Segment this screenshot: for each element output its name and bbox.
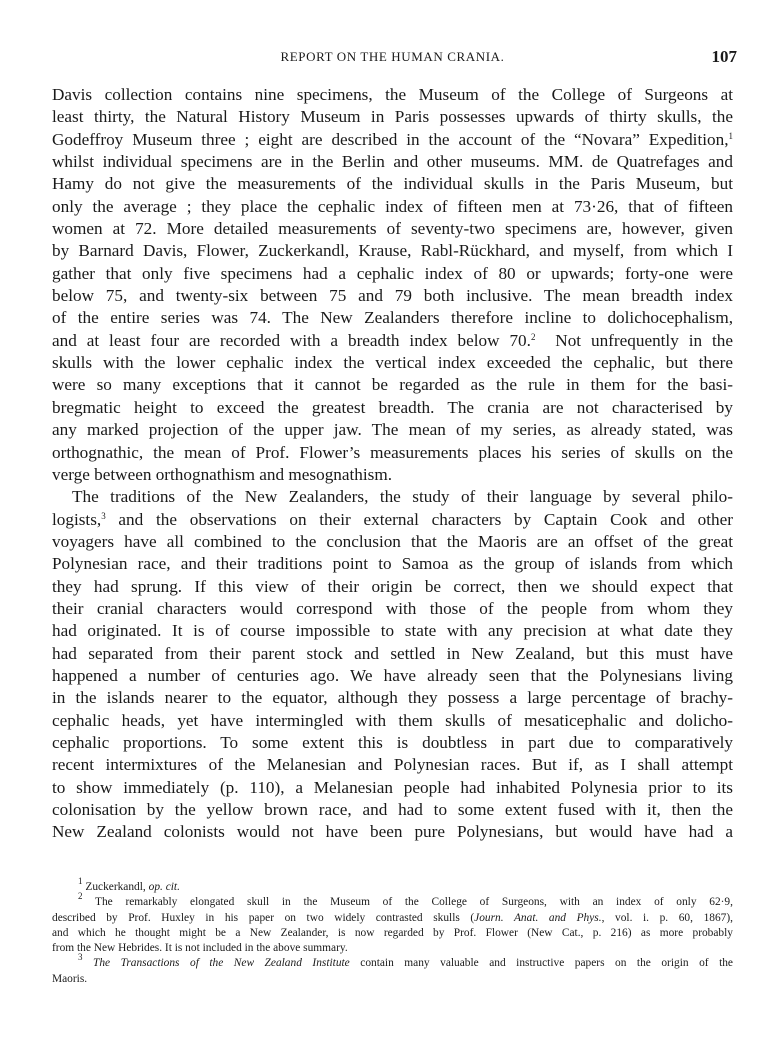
footnote-2-line: and which he thought might be a New Zeal… [52,926,733,941]
footnote-2: 2 The remarkably elongated skull in the … [52,895,733,910]
text-line: least thirty, the Natural History Museum… [52,106,733,128]
text-line: cephalic heads, yet have intermingled wi… [52,710,733,732]
text-line: any marked projection of the upper jaw. … [52,419,733,441]
text-line: recent intermixtures of the Melanesian a… [52,754,733,776]
page-number: 107 [712,47,738,67]
text-line: gather that only five specimens had a ce… [52,263,733,285]
text-line: Davis collection contains nine specimens… [52,84,733,106]
running-title: REPORT ON THE HUMAN CRANIA. [52,49,733,65]
text-line: their cranial characters would correspon… [52,598,733,620]
text-line: whilst individual specimens are in the B… [52,151,733,173]
text-line: and at least four are recorded with a br… [52,330,733,352]
text-line: logists,3 and the observations on their … [52,509,733,531]
footnotes: 1 Zuckerkandl, op. cit. 2 The remarkably… [52,880,733,987]
text-line: had separated from their parent stock an… [52,643,733,665]
text-line: by Barnard Davis, Flower, Zuckerkandl, K… [52,240,733,262]
footnote-marker: 1 [78,876,83,886]
footnote-ref[interactable]: 1 [729,131,734,141]
footnote-2-line: described by Prof. Huxley in his paper o… [52,911,733,926]
text-line: happened a number of centuries ago. We h… [52,665,733,687]
footnote-marker: 3 [78,952,83,962]
footnote-3-line: Maoris. [52,972,733,987]
footnote-marker: 2 [78,891,83,901]
text-line: New Zealand colonists would not have bee… [52,821,733,843]
text-line: in the islands nearer to the equator, al… [52,687,733,709]
text-line: women at 72. More detailed measurements … [52,218,733,240]
text-line: bregmatic height to exceed the greatest … [52,397,733,419]
text-line: The traditions of the New Zealanders, th… [52,486,733,508]
text-line: colonisation by the yellow brown race, a… [52,799,733,821]
text-line: below 75, and twenty-six between 75 and … [52,285,733,307]
text-line: were so many exceptions that it cannot b… [52,374,733,396]
text-line: of the entire series was 74. The New Zea… [52,307,733,329]
text-line: they had sprung. If this view of their o… [52,576,733,598]
page-header: REPORT ON THE HUMAN CRANIA. 107 [52,47,733,71]
body-text: Davis collection contains nine specimens… [52,84,733,844]
text-line: only the average ; they place the cephal… [52,196,733,218]
text-line: verge between orthognathism and mesognat… [52,464,733,486]
footnote-3: 3 The Transactions of the New Zealand In… [52,956,733,971]
text-line: Polynesian race, and their traditions po… [52,553,733,575]
text-line: to show immediately (p. 110), a Melanesi… [52,777,733,799]
text-line: voyagers have all combined to the conclu… [52,531,733,553]
text-line: orthognathic, the mean of Prof. Flower’s… [52,442,733,464]
text-line: Godeffroy Museum three ; eight are descr… [52,129,733,151]
text-line: cephalic proportions. To some extent thi… [52,732,733,754]
footnote-1: 1 Zuckerkandl, op. cit. [52,880,733,895]
footnote-2-line: from the New Hebrides. It is not include… [52,941,733,956]
text-line: skulls with the lower cephalic index the… [52,352,733,374]
text-line: Hamy do not give the measurements of the… [52,173,733,195]
text-line: had originated. It is of course impossib… [52,620,733,642]
